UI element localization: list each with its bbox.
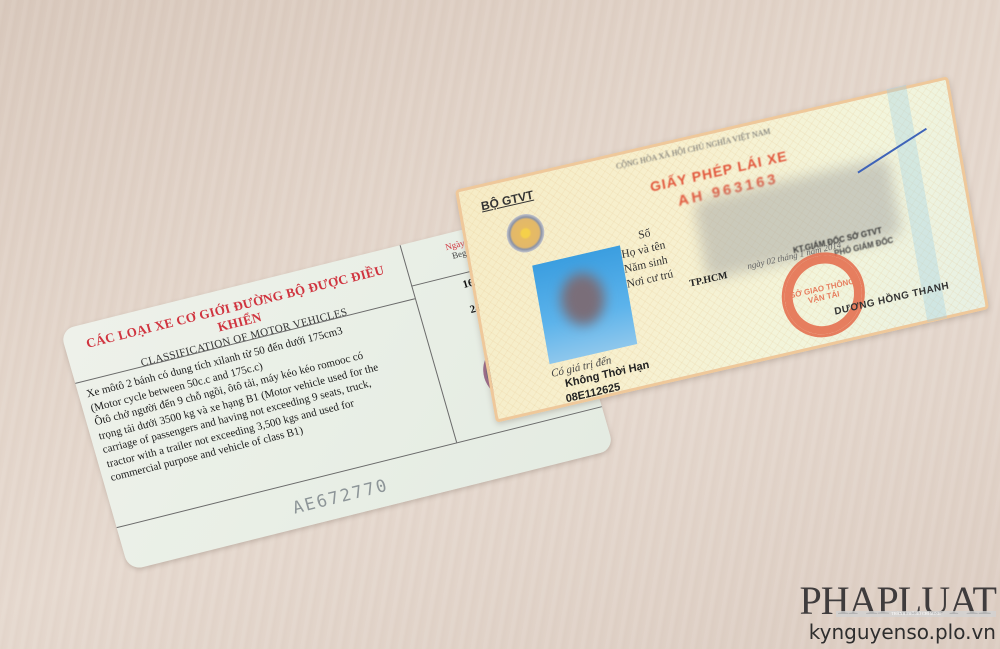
publisher-site: kynguyenso.plo.vn (809, 620, 996, 644)
blurred-face (557, 268, 609, 329)
holder-photo (532, 245, 637, 364)
logo-subtitle: THÀNH PHỐ HỒ CHÍ MINH (836, 611, 996, 617)
